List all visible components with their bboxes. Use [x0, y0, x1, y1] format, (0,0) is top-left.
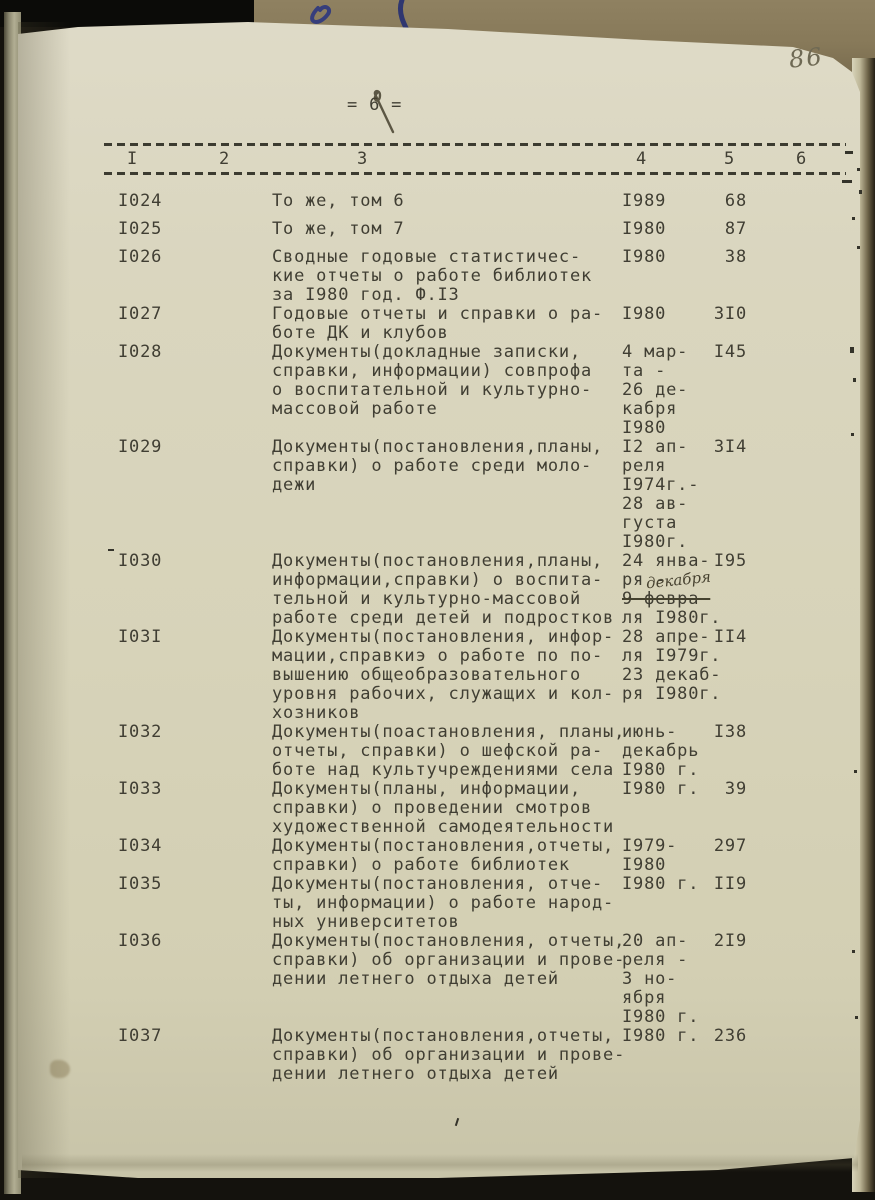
stray-mark	[852, 217, 855, 220]
item-number: I026	[118, 248, 272, 305]
item-number: I03I	[118, 628, 272, 723]
paper-stain	[50, 1060, 70, 1078]
item-number: I037	[118, 1027, 272, 1084]
table-row: I037Документы(постановления,отчеты, спра…	[0, 1027, 800, 1084]
item-description: Документы(поастановления, планы, отчеты,…	[272, 723, 622, 780]
item-description: Документы(постановления, инфор- мации,сп…	[272, 628, 622, 723]
item-number: I032	[118, 723, 272, 780]
sheet-count: 297	[701, 837, 747, 875]
item-dates: 28 апре- ля I979г. 23 декаб- ря I980г.	[622, 628, 701, 723]
stray-mark	[853, 378, 856, 382]
table-row: I034Документы(постановления,отчеты, спра…	[0, 837, 800, 875]
stray-mark	[851, 433, 854, 436]
sheet-count: 38	[701, 248, 747, 305]
item-description: Документы(постановления,планы, справки) …	[272, 438, 622, 552]
item-number: I030	[118, 552, 272, 628]
item-number: I033	[118, 780, 272, 837]
table-row: I033Документы(планы, информации, справки…	[0, 780, 800, 837]
table-row: I028Документы(докладные записки, справки…	[0, 343, 800, 438]
column-header-5: 5	[724, 150, 735, 169]
stray-mark	[845, 151, 853, 154]
item-number: I029	[118, 438, 272, 552]
table-row: I027Годовые отчеты и справки о ра- боте …	[0, 305, 800, 343]
item-number: I036	[118, 932, 272, 1027]
sheet-count: 39	[701, 780, 747, 837]
item-number: I028	[118, 343, 272, 438]
item-dates: I989	[622, 192, 701, 211]
handwritten-page-number: 86	[788, 42, 825, 73]
item-description: Документы(постановления, отчеты, справки…	[272, 932, 622, 1027]
dates-line: 24 янва-	[622, 552, 701, 571]
item-dates: I980 г.	[622, 875, 701, 932]
table-row: I032Документы(поастановления, планы, отч…	[0, 723, 800, 780]
sheet-count: 236	[701, 1027, 747, 1084]
table-header-rule-top	[104, 143, 846, 146]
item-dates: I980 г.	[622, 780, 701, 837]
bottom-fold-shadow	[22, 1154, 858, 1172]
item-description: Документы(докладные записки, справки, ин…	[272, 343, 622, 438]
column-header-6: 6	[796, 150, 807, 169]
item-number: I034	[118, 837, 272, 875]
item-description: Сводные годовые статистичес- кие отчеты …	[272, 248, 622, 305]
table-row: I029Документы(постановления,планы, справ…	[0, 438, 800, 552]
stray-mark	[855, 1016, 858, 1019]
item-description: Годовые отчеты и справки о ра- боте ДК и…	[272, 305, 622, 343]
item-description: То же, том 7	[272, 220, 622, 239]
column-header-3: 3	[357, 150, 368, 169]
sheet-count: II9	[701, 875, 747, 932]
stray-mark	[857, 168, 860, 171]
item-number: I025	[118, 220, 272, 239]
table-header-rule-bottom	[104, 172, 846, 175]
item-number: I035	[118, 875, 272, 932]
table-row: I025То же, том 7I98087	[0, 220, 800, 239]
item-dates: I980 г.	[622, 1027, 701, 1084]
table-row: I036Документы(постановления, отчеты, спр…	[0, 932, 800, 1027]
sheet-count: 2I9	[701, 932, 747, 1027]
stray-mark	[857, 246, 860, 249]
inventory-table: I024То же, том 6I98968I025То же, том 7I9…	[0, 192, 800, 1084]
stray-mark	[842, 180, 852, 183]
sheet-count: 68	[701, 192, 747, 211]
table-row: I024То же, том 6I98968	[0, 192, 800, 211]
table-row: I026Сводные годовые статистичес- кие отч…	[0, 248, 800, 305]
table-row: I030Документы(постановления,планы, инфор…	[0, 552, 800, 628]
scanned-document-page: 86 = 6 = I23456 I024То же, том 6I98968I0…	[0, 0, 875, 1200]
item-description: Документы(постановления,планы, информаци…	[272, 552, 622, 628]
handwritten-correction-mark	[366, 86, 400, 138]
column-header-2: 2	[219, 150, 230, 169]
sheet-count: 87	[701, 220, 747, 239]
item-dates: I980	[622, 248, 701, 305]
item-dates: 4 мар- та - 26 де- кабря I980	[622, 343, 701, 438]
column-header-1: I	[127, 150, 138, 169]
dates-line: ля I980г.	[622, 609, 701, 628]
struck-date-line: 9 февра-	[622, 590, 701, 609]
item-description: То же, том 6	[272, 192, 622, 211]
item-dates: I980	[622, 305, 701, 343]
item-dates: 20 ап- реля - 3 но- ября I980 г.	[622, 932, 701, 1027]
sheet-count: 3I4	[701, 438, 747, 552]
item-dates: I979- I980	[622, 837, 701, 875]
sheet-count: 3I0	[701, 305, 747, 343]
item-dates: I2 ап- реля I974г.- 28 ав- густа I980г.	[622, 438, 701, 552]
table-row: I035Документы(постановления, отче- ты, и…	[0, 875, 800, 932]
item-number: I027	[118, 305, 272, 343]
stray-mark	[850, 347, 854, 353]
stray-mark	[852, 950, 855, 953]
item-dates: июнь- декабрь I980 г.	[622, 723, 701, 780]
item-number: I024	[118, 192, 272, 211]
item-dates: 24 янва-ря -декабря9 февра-ля I980г.	[622, 552, 701, 628]
table-row: I03IДокументы(постановления, инфор- маци…	[0, 628, 800, 723]
stray-mark	[854, 770, 857, 773]
column-header-4: 4	[636, 150, 647, 169]
item-description: Документы(постановления, отче- ты, инфор…	[272, 875, 622, 932]
item-dates: I980	[622, 220, 701, 239]
item-description: Документы(постановления,отчеты, справки)…	[272, 837, 622, 875]
stray-mark	[859, 190, 862, 194]
item-description: Документы(постановления,отчеты, справки)…	[272, 1027, 622, 1084]
stray-mark	[108, 549, 114, 551]
item-description: Документы(планы, информации, справки) о …	[272, 780, 622, 837]
column-header-row: I23456	[0, 150, 846, 170]
sheet-count: I38	[701, 723, 747, 780]
sheet-count: I45	[701, 343, 747, 438]
